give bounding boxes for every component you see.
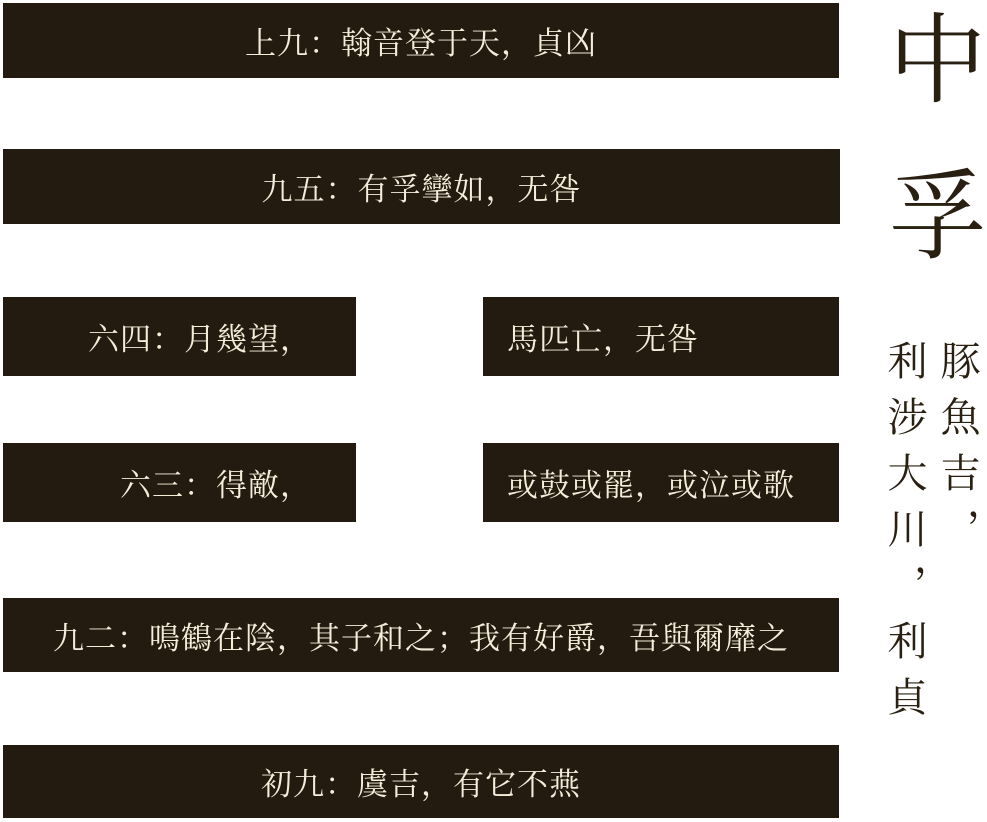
judgment-column-2: 利涉大川，利貞 xyxy=(881,340,927,732)
hexagram-line-5-yang: 九五：有孚攣如，无咎 xyxy=(3,149,840,224)
hexagram-line-4-yin-left-segment: 六四：月幾望， xyxy=(3,297,356,376)
hexagram-line-2-yang: 九二：鳴鶴在陰，其子和之；我有好爵，吾與爾靡之 xyxy=(3,598,839,672)
hexagram-diagram-page: 上九：翰音登于天，貞凶 九五：有孚攣如，无咎 六四：月幾望， 馬匹亡，无咎 六三… xyxy=(0,0,987,822)
hexagram-line-6-yang: 上九：翰音登于天，貞凶 xyxy=(3,3,839,78)
line-5-text: 九五：有孚攣如，无咎 xyxy=(262,164,582,209)
judgment-column-1: 豚魚吉， xyxy=(934,340,980,564)
hexagram-line-4-yin-right-segment: 馬匹亡，无咎 xyxy=(483,297,839,376)
hexagram-line-3-yin-left-segment: 六三：得敵， xyxy=(3,443,356,522)
line-6-text: 上九：翰音登于天，貞凶 xyxy=(245,18,597,63)
line-4-text-right: 馬匹亡，无咎 xyxy=(507,314,699,359)
line-2-text: 九二：鳴鶴在陰，其子和之；我有好爵，吾與爾靡之 xyxy=(53,613,789,658)
hexagram-line-1-yang: 初九：虞吉，有它不燕 xyxy=(3,745,839,818)
hexagram-line-3-yin-right-segment: 或鼓或罷，或泣或歌 xyxy=(483,443,839,522)
line-3-text-right: 或鼓或罷，或泣或歌 xyxy=(507,460,795,505)
line-3-text-left: 六三：得敵， xyxy=(120,460,312,505)
hexagram-judgment-text: 豚魚吉， 利涉大川，利貞 xyxy=(877,340,983,760)
line-4-text-left: 六四：月幾望， xyxy=(88,314,312,359)
line-1-text: 初九：虞吉，有它不燕 xyxy=(261,759,581,804)
hexagram-title: 中孚 xyxy=(880,8,978,320)
